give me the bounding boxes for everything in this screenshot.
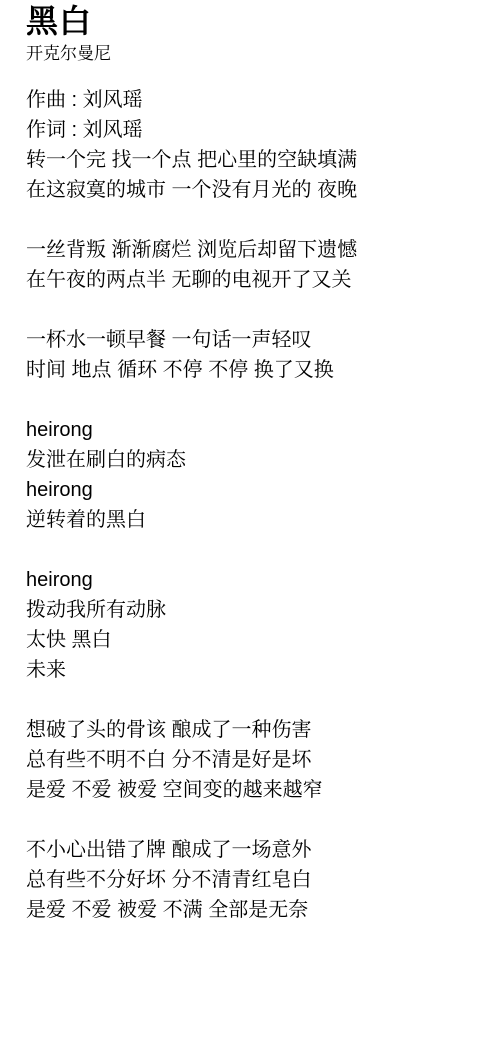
lyric-gap (26, 295, 484, 325)
lyric-gap (26, 205, 484, 235)
lyrics-page: 黑白 开克尔曼尼 作曲 : 刘风瑶作词 : 刘风瑶转一个完 找一个点 把心里的空… (0, 0, 500, 925)
lyric-line: 是爱 不爱 被爱 空间变的越来越窄 (26, 775, 484, 805)
lyrics-block: 作曲 : 刘风瑶作词 : 刘风瑶转一个完 找一个点 把心里的空缺填满在这寂寞的城… (26, 85, 484, 925)
artist-name: 开克尔曼尼 (26, 42, 484, 66)
lyric-line: 总有些不分好坏 分不清青红皂白 (26, 865, 484, 895)
lyric-line: heirong (26, 475, 484, 505)
lyric-line: 不小心出错了牌 酿成了一场意外 (26, 835, 484, 865)
lyric-line: 一杯水一顿早餐 一句话一声轻叹 (26, 325, 484, 355)
lyric-line: 未来 (26, 655, 484, 685)
lyric-line: 发泄在刷白的病态 (26, 445, 484, 475)
lyric-line: 总有些不明不白 分不清是好是坏 (26, 745, 484, 775)
lyric-line: 作词 : 刘风瑶 (26, 115, 484, 145)
lyric-gap (26, 535, 484, 565)
lyric-line: 想破了头的骨该 酿成了一种伤害 (26, 715, 484, 745)
lyric-line: 时间 地点 循环 不停 不停 换了又换 (26, 355, 484, 385)
lyric-line: heirong (26, 415, 484, 445)
lyric-line: 逆转着的黑白 (26, 505, 484, 535)
lyric-line: 在这寂寞的城市 一个没有月光的 夜晚 (26, 175, 484, 205)
lyric-gap (26, 685, 484, 715)
lyric-gap (26, 385, 484, 415)
lyric-line: 作曲 : 刘风瑶 (26, 85, 484, 115)
lyric-line: 拨动我所有动脉 (26, 595, 484, 625)
lyric-line: 是爱 不爱 被爱 不满 全部是无奈 (26, 895, 484, 925)
lyric-line: heirong (26, 565, 484, 595)
lyric-gap (26, 805, 484, 835)
song-title: 黑白 (26, 2, 484, 40)
lyric-line: 在午夜的两点半 无聊的电视开了又关 (26, 265, 484, 295)
lyric-line: 转一个完 找一个点 把心里的空缺填满 (26, 145, 484, 175)
lyric-line: 太快 黑白 (26, 625, 484, 655)
lyric-line: 一丝背叛 渐渐腐烂 浏览后却留下遗憾 (26, 235, 484, 265)
